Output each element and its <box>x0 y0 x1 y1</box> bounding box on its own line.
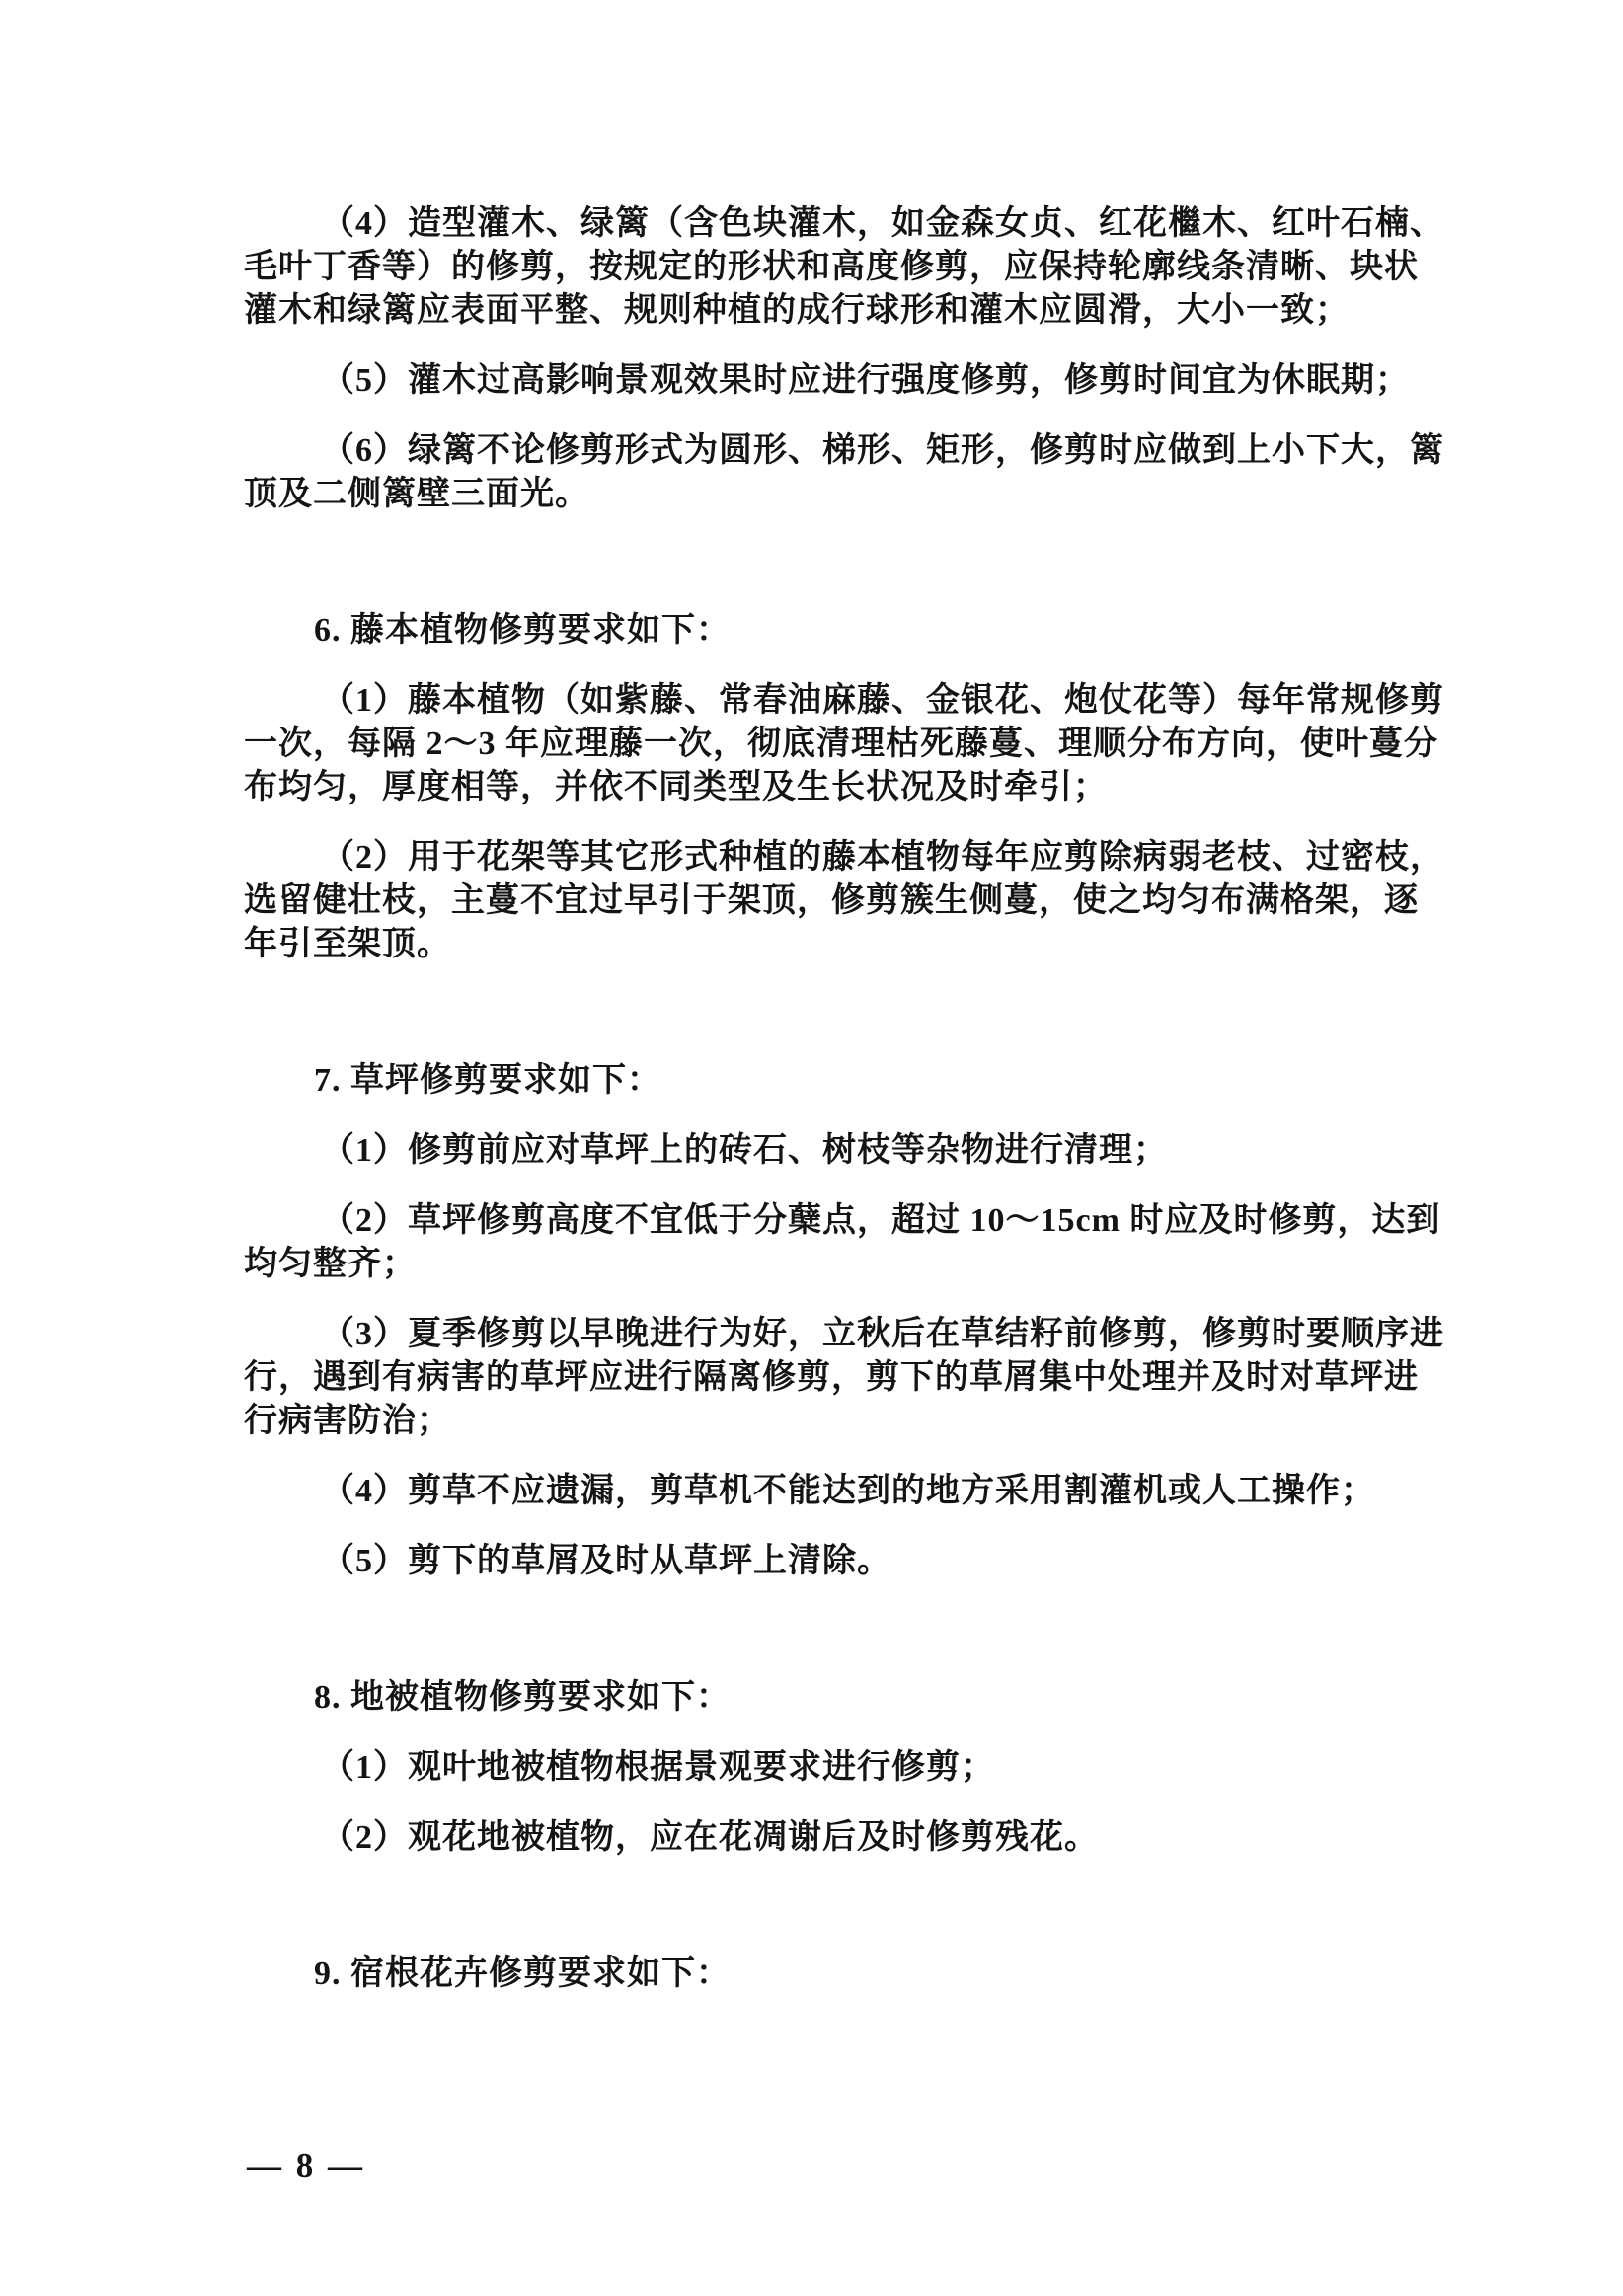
text-line: 布均匀，厚度相等，并依不同类型及生长状况及时牵引； <box>244 766 1401 809</box>
section-heading: 6. 藤本植物修剪要求如下： <box>244 609 1401 652</box>
para-2-trellis-vines: （2）用于花架等其它形式种植的藤本植物每年应剪除病弱老枝、过密枝， 选留健壮枝，… <box>244 836 1401 966</box>
text-line: （2）用于花架等其它形式种植的藤本植物每年应剪除病弱老枝、过密枝， <box>244 836 1401 880</box>
para-1-vine-regular-pruning: （1）藤本植物（如紫藤、常春油麻藤、金银花、炮仗花等）每年常规修剪 一次，每隔 … <box>244 679 1401 809</box>
para-2-lawn-height: （2）草坪修剪高度不宜低于分蘖点，超过 10～15cm 时应及时修剪，达到 均匀… <box>244 1199 1401 1286</box>
text-line: （3）夏季修剪以早晚进行为好，立秋后在草结籽前修剪，修剪时要顺序进 <box>244 1313 1401 1356</box>
page-number: — 8 — <box>247 2144 365 2187</box>
text-line: （2）草坪修剪高度不宜低于分蘖点，超过 10～15cm 时应及时修剪，达到 <box>244 1199 1401 1243</box>
para-3-summer-mowing: （3）夏季修剪以早晚进行为好，立秋后在草结籽前修剪，修剪时要顺序进 行，遇到有病… <box>244 1313 1401 1443</box>
para-2-flowering-groundcover: （2）观花地被植物，应在花凋谢后及时修剪残花。 <box>244 1816 1401 1860</box>
para-4-mowing-coverage: （4）剪草不应遗漏，剪草机不能达到的地方采用割灌机或人工操作； <box>244 1470 1401 1513</box>
text-line: 顶及二侧篱壁三面光。 <box>244 473 1401 516</box>
text-line: 毛叶丁香等）的修剪，按规定的形状和高度修剪，应保持轮廓线条清晰、块状 <box>244 246 1401 289</box>
para-5-overgrown-shrubs: （5）灌木过高影响景观效果时应进行强度修剪，修剪时间宜为休眠期； <box>244 359 1401 403</box>
text-line: （5）灌木过高影响景观效果时应进行强度修剪，修剪时间宜为休眠期； <box>244 359 1401 403</box>
para-6-hedge-shapes: （6）绿篱不论修剪形式为圆形、梯形、矩形，修剪时应做到上小下大，篱 顶及二侧篱壁… <box>244 429 1401 516</box>
text-line: 均匀整齐； <box>244 1243 1401 1286</box>
text-line: 一次，每隔 2～3 年应理藤一次，彻底清理枯死藤蔓、理顺分布方向，使叶蔓分 <box>244 723 1401 766</box>
heading-7-lawn: 7. 草坪修剪要求如下： <box>244 1059 1401 1103</box>
para-1-lawn-clearing: （1）修剪前应对草坪上的砖石、树枝等杂物进行清理； <box>244 1129 1401 1173</box>
para-4-shaped-shrubs-hedges: （4）造型灌木、绿篱（含色块灌木，如金森女贞、红花檵木、红叶石楠、 毛叶丁香等）… <box>244 202 1401 333</box>
para-5-clippings-removal: （5）剪下的草屑及时从草坪上清除。 <box>244 1540 1401 1583</box>
text-line: 灌木和绿篱应表面平整、规则种植的成行球形和灌木应圆滑，大小一致； <box>244 289 1401 333</box>
heading-6-vine-plants: 6. 藤本植物修剪要求如下： <box>244 609 1401 652</box>
text-line: （5）剪下的草屑及时从草坪上清除。 <box>244 1540 1401 1583</box>
text-line: （4）造型灌木、绿篱（含色块灌木，如金森女贞、红花檵木、红叶石楠、 <box>244 202 1401 246</box>
text-line: （1）观叶地被植物根据景观要求进行修剪； <box>244 1746 1401 1790</box>
text-line: 年引至架顶。 <box>244 923 1401 966</box>
heading-9-perennial-flowers: 9. 宿根花卉修剪要求如下： <box>244 1952 1401 1996</box>
text-line: 行病害防治； <box>244 1400 1401 1443</box>
text-line: 选留健壮枝，主蔓不宜过早引于架顶，修剪簇生侧蔓，使之均匀布满格架，逐 <box>244 880 1401 923</box>
text-line: （1）藤本植物（如紫藤、常春油麻藤、金银花、炮仗花等）每年常规修剪 <box>244 679 1401 723</box>
heading-8-groundcover: 8. 地被植物修剪要求如下： <box>244 1676 1401 1720</box>
document-page: （4）造型灌木、绿篱（含色块灌木，如金森女贞、红花檵木、红叶石楠、 毛叶丁香等）… <box>0 0 1623 2296</box>
section-heading: 9. 宿根花卉修剪要求如下： <box>244 1952 1401 1996</box>
section-heading: 8. 地被植物修剪要求如下： <box>244 1676 1401 1720</box>
text-line: （6）绿篱不论修剪形式为圆形、梯形、矩形，修剪时应做到上小下大，篱 <box>244 429 1401 473</box>
text-line: （4）剪草不应遗漏，剪草机不能达到的地方采用割灌机或人工操作； <box>244 1470 1401 1513</box>
para-1-foliage-groundcover: （1）观叶地被植物根据景观要求进行修剪； <box>244 1746 1401 1790</box>
text-line: （1）修剪前应对草坪上的砖石、树枝等杂物进行清理； <box>244 1129 1401 1173</box>
section-heading: 7. 草坪修剪要求如下： <box>244 1059 1401 1103</box>
text-line: 行，遇到有病害的草坪应进行隔离修剪，剪下的草屑集中处理并及时对草坪进 <box>244 1356 1401 1400</box>
text-line: （2）观花地被植物，应在花凋谢后及时修剪残花。 <box>244 1816 1401 1860</box>
document-content: （4）造型灌木、绿篱（含色块灌木，如金森女贞、红花檵木、红叶石楠、 毛叶丁香等）… <box>244 202 1401 1996</box>
